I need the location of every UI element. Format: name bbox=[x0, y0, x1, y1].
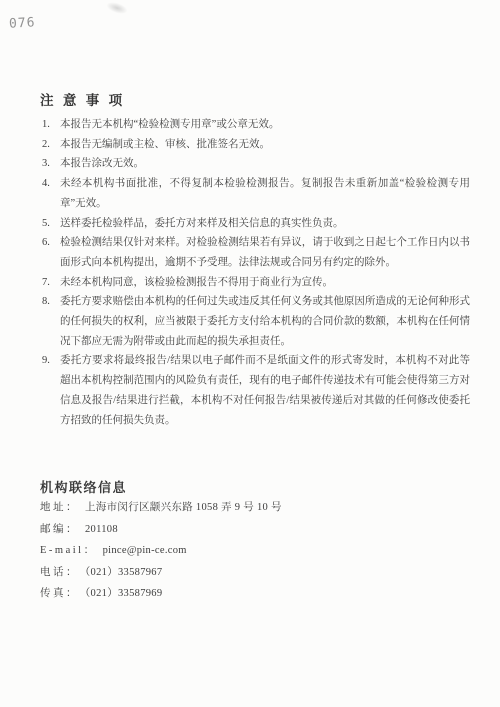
contact-row-postcode: 邮编：201108 bbox=[40, 519, 282, 541]
contact-value: （021）33587969 bbox=[85, 588, 162, 599]
item-text: 委托方要求将最终报告/结果以电子邮件而不是纸面文件的形式寄发时，本机构不对此等超… bbox=[60, 351, 470, 430]
contact-label: 邮编： bbox=[40, 524, 79, 535]
contact-value: （021）33587967 bbox=[85, 567, 162, 578]
item-text: 送样委托检验样品，委托方对来样及相关信息的真实性负责。 bbox=[60, 214, 470, 234]
notice-list: 1. 本报告无本机构“检验检测专用章”或公章无效。 2. 本报告无编制或主检、审… bbox=[42, 115, 470, 430]
contact-label: 电话： bbox=[40, 567, 79, 578]
item-text: 检验检测结果仅针对来样。对检验检测结果若有异议，请于收到之日起七个工作日内以书面… bbox=[60, 233, 470, 272]
contact-row-address: 地址：上海市闵行区颛兴东路 1058 弄 9 号 10 号 bbox=[40, 497, 282, 519]
notice-item: 9. 委托方要求将最终报告/结果以电子邮件而不是纸面文件的形式寄发时，本机构不对… bbox=[42, 351, 470, 430]
notice-item: 2. 本报告无编制或主检、审核、批准签名无效。 bbox=[42, 135, 470, 155]
page-number-stamp: 076 bbox=[9, 15, 36, 31]
notice-item: 3. 本报告涂改无效。 bbox=[42, 154, 470, 174]
contact-value: 201108 bbox=[85, 524, 118, 535]
scan-smudge bbox=[105, 0, 129, 16]
contact-value: 上海市闵行区颛兴东路 1058 弄 9 号 10 号 bbox=[85, 502, 282, 513]
item-number: 7. bbox=[42, 273, 60, 293]
contact-value: pince@pin-ce.com bbox=[103, 545, 187, 556]
item-number: 8. bbox=[42, 292, 60, 312]
item-number: 3. bbox=[42, 154, 60, 174]
item-number: 1. bbox=[42, 115, 60, 135]
notice-title: 注 意 事 项 bbox=[40, 89, 125, 109]
item-text: 未经本机构同意，该检验检测报告不得用于商业行为宣传。 bbox=[60, 273, 470, 293]
item-text: 委托方要求赔偿由本机构的任何过失或违反其任何义务或其他原因所造成的无论何种形式的… bbox=[60, 292, 470, 351]
item-text: 本报告无本机构“检验检测专用章”或公章无效。 bbox=[60, 115, 470, 135]
notice-item: 8. 委托方要求赔偿由本机构的任何过失或违反其任何义务或其他原因所造成的无论何种… bbox=[42, 292, 470, 351]
item-number: 5. bbox=[42, 214, 60, 234]
contact-section-title: 机构联络信息 bbox=[40, 477, 127, 496]
notice-item: 5. 送样委托检验样品，委托方对来样及相关信息的真实性负责。 bbox=[42, 214, 470, 234]
notice-item: 7. 未经本机构同意，该检验检测报告不得用于商业行为宣传。 bbox=[42, 273, 470, 293]
contact-row-email: E-mail：pince@pin-ce.com bbox=[40, 540, 282, 562]
contact-label: E-mail： bbox=[40, 545, 97, 556]
contact-row-phone: 电话：（021）33587967 bbox=[40, 562, 282, 584]
contact-label: 地址： bbox=[40, 502, 79, 513]
contact-row-fax: 传真：（021）33587969 bbox=[40, 583, 282, 605]
item-text: 本报告无编制或主检、审核、批准签名无效。 bbox=[60, 135, 470, 155]
item-number: 4. bbox=[42, 174, 60, 194]
notice-item: 4. 未经本机构书面批准，不得复制本检验检测报告。复制报告未重新加盖“检验检测专… bbox=[42, 174, 470, 213]
item-text: 未经本机构书面批准，不得复制本检验检测报告。复制报告未重新加盖“检验检测专用章”… bbox=[60, 174, 470, 213]
item-number: 2. bbox=[42, 135, 60, 155]
contact-rows: 地址：上海市闵行区颛兴东路 1058 弄 9 号 10 号 邮编：201108 … bbox=[40, 497, 282, 605]
scanned-document-page: 076 注 意 事 项 1. 本报告无本机构“检验检测专用章”或公章无效。 2.… bbox=[0, 0, 500, 707]
notice-item: 6. 检验检测结果仅针对来样。对检验检测结果若有异议，请于收到之日起七个工作日内… bbox=[42, 233, 470, 272]
contact-label: 传真： bbox=[40, 588, 79, 599]
item-text: 本报告涂改无效。 bbox=[60, 154, 470, 174]
item-number: 9. bbox=[42, 351, 60, 371]
notice-item: 1. 本报告无本机构“检验检测专用章”或公章无效。 bbox=[42, 115, 470, 135]
item-number: 6. bbox=[42, 233, 60, 253]
